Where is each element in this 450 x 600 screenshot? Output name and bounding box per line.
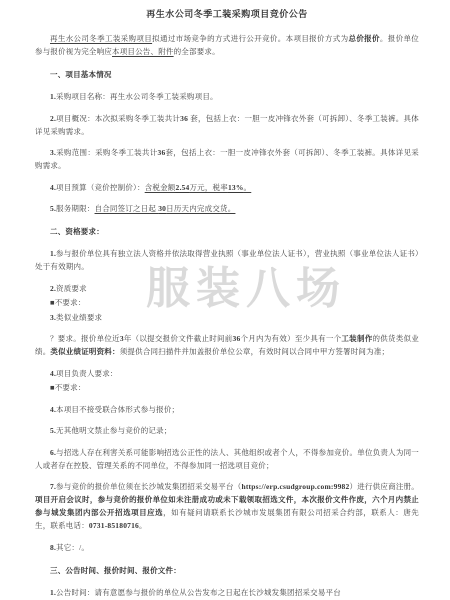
text-run: 公告时间：请有意愿参与报价的单位从公告发布之日起在长沙城发集团招采交易平台 [56,588,341,597]
document-title: 再生水公司冬季工装采购项目竞价公告 [35,7,419,20]
paragraph: ■不要求： [35,381,419,394]
text-run: 0731-85180716 [89,521,139,530]
text-run: 2.54 [176,183,190,192]
text-run: https://erp.csudgroup.com:9982 [241,482,349,491]
text-run: 二、资格要求： [50,227,104,236]
text-run: 含税金额 [145,183,176,192]
text-run: 资质要求 [56,284,87,293]
paragraph: 2.资质要求 [35,282,419,295]
text-run: 服务期限： [56,204,95,213]
section-heading: 二、资格要求： [35,225,419,238]
document-body: 再生水公司冬季工装采购项目拟通过市场竞争的方式进行公开竞价。本项目报价方式为总价… [35,32,419,599]
paragraph: 5.服务期限：自合同签订之日起 30日历天内完成交货。 [35,202,419,215]
paragraph: 3.类似业绩要求 [35,311,419,324]
paragraph: 2.项目概况：本次拟采购冬季工装共计36 套，包括上衣：一胆一皮冲锋衣外套（可拆… [35,112,419,138]
text-run: ？要求。报价单位近 [50,334,120,343]
text-run: 采购范围：采购冬季工装共计 [56,148,157,157]
text-run: 自合同签订之日起 [95,204,159,213]
text-run: 再生水公司冬季工装采购项目 [50,34,152,43]
paragraph: ？要求。报价单位近3年（以提交报价文件截止时间前36个月内为有效）至少具有一个工… [35,332,419,358]
document-page: 服装八场 再生水公司冬季工装采购项目竞价公告 再生水公司冬季工装采购项目拟通过市… [0,0,450,600]
paragraph: 1.公告时间：请有意愿参与报价的单位从公告发布之日起在长沙城发集团招采交易平台 [35,586,419,599]
text-run: 年（以提交报价文件截止时间前 [124,334,233,343]
text-run: 的全部要求。 [174,47,220,56]
text-run: 36 [180,114,188,123]
paragraph: 4.项目预算（竞价控制价）：含税金额2.54万元，税率13%。 [35,181,419,194]
text-run: 项目负责人要求： [56,369,118,378]
section-heading: 三、公告时间、报价时间、报价文件： [35,564,419,577]
text-run: 无其他明文禁止参与竞价的记录； [56,426,172,435]
text-run: ）进行供应商注册。 [349,482,419,491]
paragraph: 1.采购项目名称：再生水公司冬季工装采购项目。 [35,90,419,103]
text-run: 总价报价 [348,34,379,43]
text-run: 与招选人存在利害关系可能影响招选公正性的法人、其他组织或者个人，不得参加竞价。单… [35,448,419,470]
text-run: 日历天内完成交货。 [166,204,235,213]
text-run: 一、项目基本情况 [50,70,112,79]
text-run: ■不要求： [50,383,86,392]
text-run: 30 [158,204,166,213]
text-run: 采购项目名称：再生水公司冬季工装采购项目。 [56,92,218,101]
paragraph: 5.无其他明文禁止参与竞价的记录； [35,424,419,437]
text-run: 须提供合同扫描件并加盖报价单位公章，有效时间以合同中甲方签署时间为准； [120,347,390,356]
paragraph: 8.其它：/。 [35,541,419,554]
text-run: 项目预算（竞价控制价）： [56,183,145,192]
paragraph: 6.与招选人存在利害关系可能影响招选公正性的法人、其他组织或者个人，不得参加竞价… [35,446,419,472]
text-run: 拟通过市场竞争的方式进行公开竞价。本项目报价方式为 [152,34,348,43]
text-run: 类似业绩证明资料： [50,347,119,356]
paragraph: 1.参与报价单位具有独立法人资格并依法取得营业执照（事业单位法人证书），营业执照… [35,247,419,273]
paragraph: 再生水公司冬季工装采购项目拟通过市场竞争的方式进行公开竞价。本项目报价方式为总价… [35,32,419,58]
text-run: 参与报价单位具有独立法人资格并依法取得营业执照（事业单位法人证书），营业执照（事… [35,249,419,271]
paragraph: 3.采购范围：采购冬季工装共计36套，包括上衣：一胆一皮冲锋衣外套（可拆卸）、冬… [35,146,419,172]
section-heading: 一、项目基本情况 [35,68,419,81]
paragraph: 7.参与竞价的报价单位须在长沙城发集团招采交易平台（https://erp.cs… [35,480,419,532]
text-run: 13% [228,183,244,192]
paragraph: 4.本项目不接受联合体形式参与报价； [35,403,419,416]
text-run: 。 [139,521,147,530]
text-run: 本项目不接受联合体形式参与报价； [56,405,179,414]
text-run: 参与竞价的报价单位须在长沙城发集团招采交易平台（ [56,482,241,491]
text-run: 本项目公告、附件 [112,47,174,56]
text-run: 万元，税率 [189,183,228,192]
text-run: 类似业绩要求 [56,313,102,322]
paragraph: ■不要求： [35,296,419,309]
text-run: 三、公告时间、报价时间、报价文件： [50,566,181,575]
text-run: ■不要求： [50,298,86,307]
text-run: 个月内为有效）至少具有一个 [240,334,341,343]
paragraph: 4.项目负责人要求： [35,367,419,380]
text-run: 项目概况：本次拟采购冬季工装共计 [56,114,180,123]
text-run: 工装制作 [341,334,372,343]
text-run: 。 [244,183,252,192]
text-run: 其它：/。 [56,543,89,552]
